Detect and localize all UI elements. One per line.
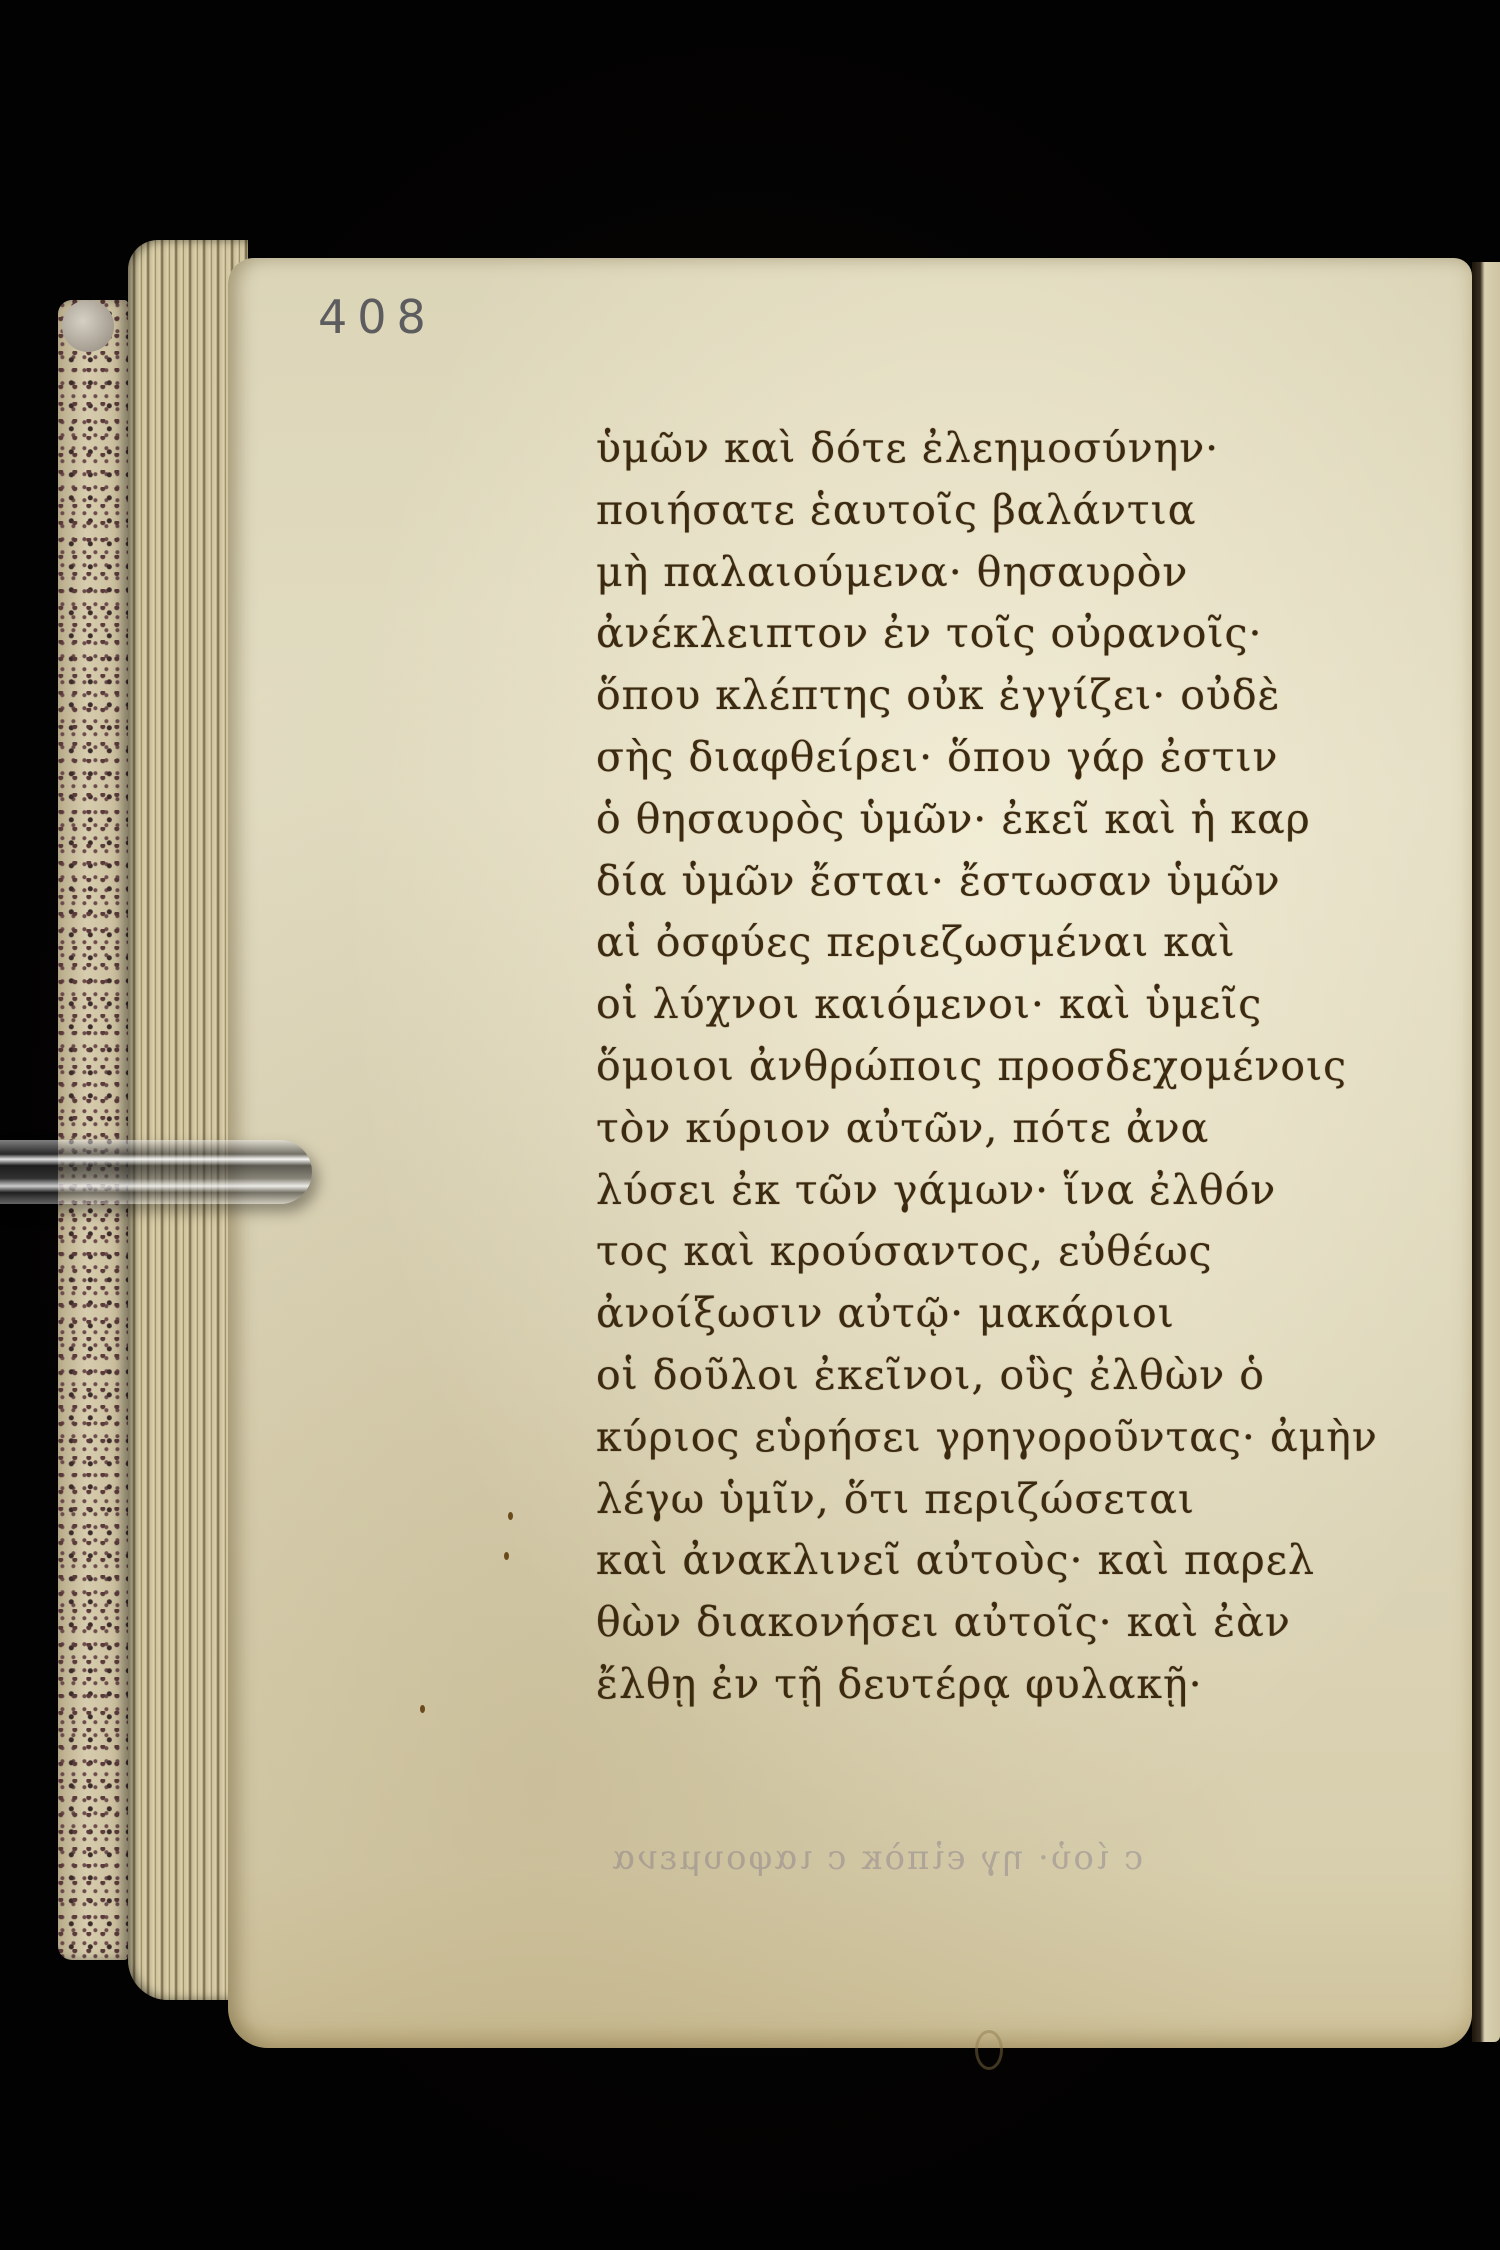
parchment-hole-stain bbox=[975, 2030, 1003, 2070]
manuscript-photo-scene: 408 ὑμῶν καὶ δότε ἐλεημοσύνην· ποιήσατε … bbox=[0, 0, 1500, 2250]
text-line: ὅμοιοι ἀνθρώποις προσδεχομένοις bbox=[596, 1036, 1426, 1098]
text-line: λέγω ὑμῖν, ὅτι περιζώσεται bbox=[596, 1469, 1426, 1531]
text-line: τὸν κύριον αὐτῶν, πότε ἀνα bbox=[596, 1098, 1426, 1160]
page-gutter-edge bbox=[1472, 262, 1500, 2042]
text-line: καὶ ἀνακλινεῖ αὐτοὺς· καὶ παρελ bbox=[596, 1530, 1426, 1592]
text-line: τος καὶ κρούσαντος, εὐθέως bbox=[596, 1221, 1426, 1283]
ink-speck bbox=[420, 1705, 425, 1713]
text-line: ποιήσατε ἑαυτοῖς βαλάντια bbox=[596, 480, 1426, 542]
speckled-binding-board bbox=[58, 300, 128, 1960]
text-line: κύριος εὑρήσει γρηγοροῦντας· ἀμὴν bbox=[596, 1407, 1426, 1469]
ink-speck bbox=[508, 1512, 513, 1520]
text-line: οἱ δοῦλοι ἐκεῖνοι, οὓς ἐλθὼν ὁ bbox=[596, 1345, 1426, 1407]
text-line: ὁ θησαυρὸς ὑμῶν· ἐκεῖ καὶ ἡ καρ bbox=[596, 789, 1426, 851]
binding-clasp bbox=[62, 300, 114, 352]
greek-text-block: ὑμῶν καὶ δότε ἐλεημοσύνην· ποιήσατε ἑαυτ… bbox=[596, 418, 1426, 1716]
text-line: ἔλθῃ ἐν τῇ δευτέρᾳ φυλακῇ· bbox=[596, 1654, 1426, 1716]
show-through-text: ϲ ίοὐ· ηγ ϵἰπὸκ ϲ ιαφουμενα bbox=[610, 1838, 1143, 1878]
text-line: ἀνοίξωσιν αὐτῷ· μακάριοι bbox=[596, 1283, 1426, 1345]
text-line: ὅπου κλέπτης οὐκ ἐγγίζει· οὐδὲ bbox=[596, 665, 1426, 727]
text-line: σὴς διαφθείρει· ὅπου γάρ ἐστιν bbox=[596, 727, 1426, 789]
text-line: λύσει ἐκ τῶν γάμων· ἵνα ἐλθόν bbox=[596, 1160, 1426, 1222]
ink-speck bbox=[504, 1552, 509, 1560]
text-line: αἱ ὀσφύες περιεζωσμέναι καὶ bbox=[596, 912, 1426, 974]
text-line: μὴ παλαιούμενα· θησαυρὸν bbox=[596, 542, 1426, 604]
text-line: ὑμῶν καὶ δότε ἐλεημοσύνην· bbox=[596, 418, 1426, 480]
folio-number: 408 bbox=[318, 290, 436, 344]
text-line: οἱ λύχνοι καιόμενοι· καὶ ὑμεῖς bbox=[596, 974, 1426, 1036]
text-line: ἀνέκλειπτον ἐν τοῖς οὐρανοῖς· bbox=[596, 603, 1426, 665]
text-line: δία ὑμῶν ἔσται· ἔστωσαν ὑμῶν bbox=[596, 851, 1426, 913]
text-line: θὼν διακονήσει αὐτοῖς· καὶ ἐὰν bbox=[596, 1592, 1426, 1654]
glass-pointer-rod bbox=[0, 1140, 312, 1204]
